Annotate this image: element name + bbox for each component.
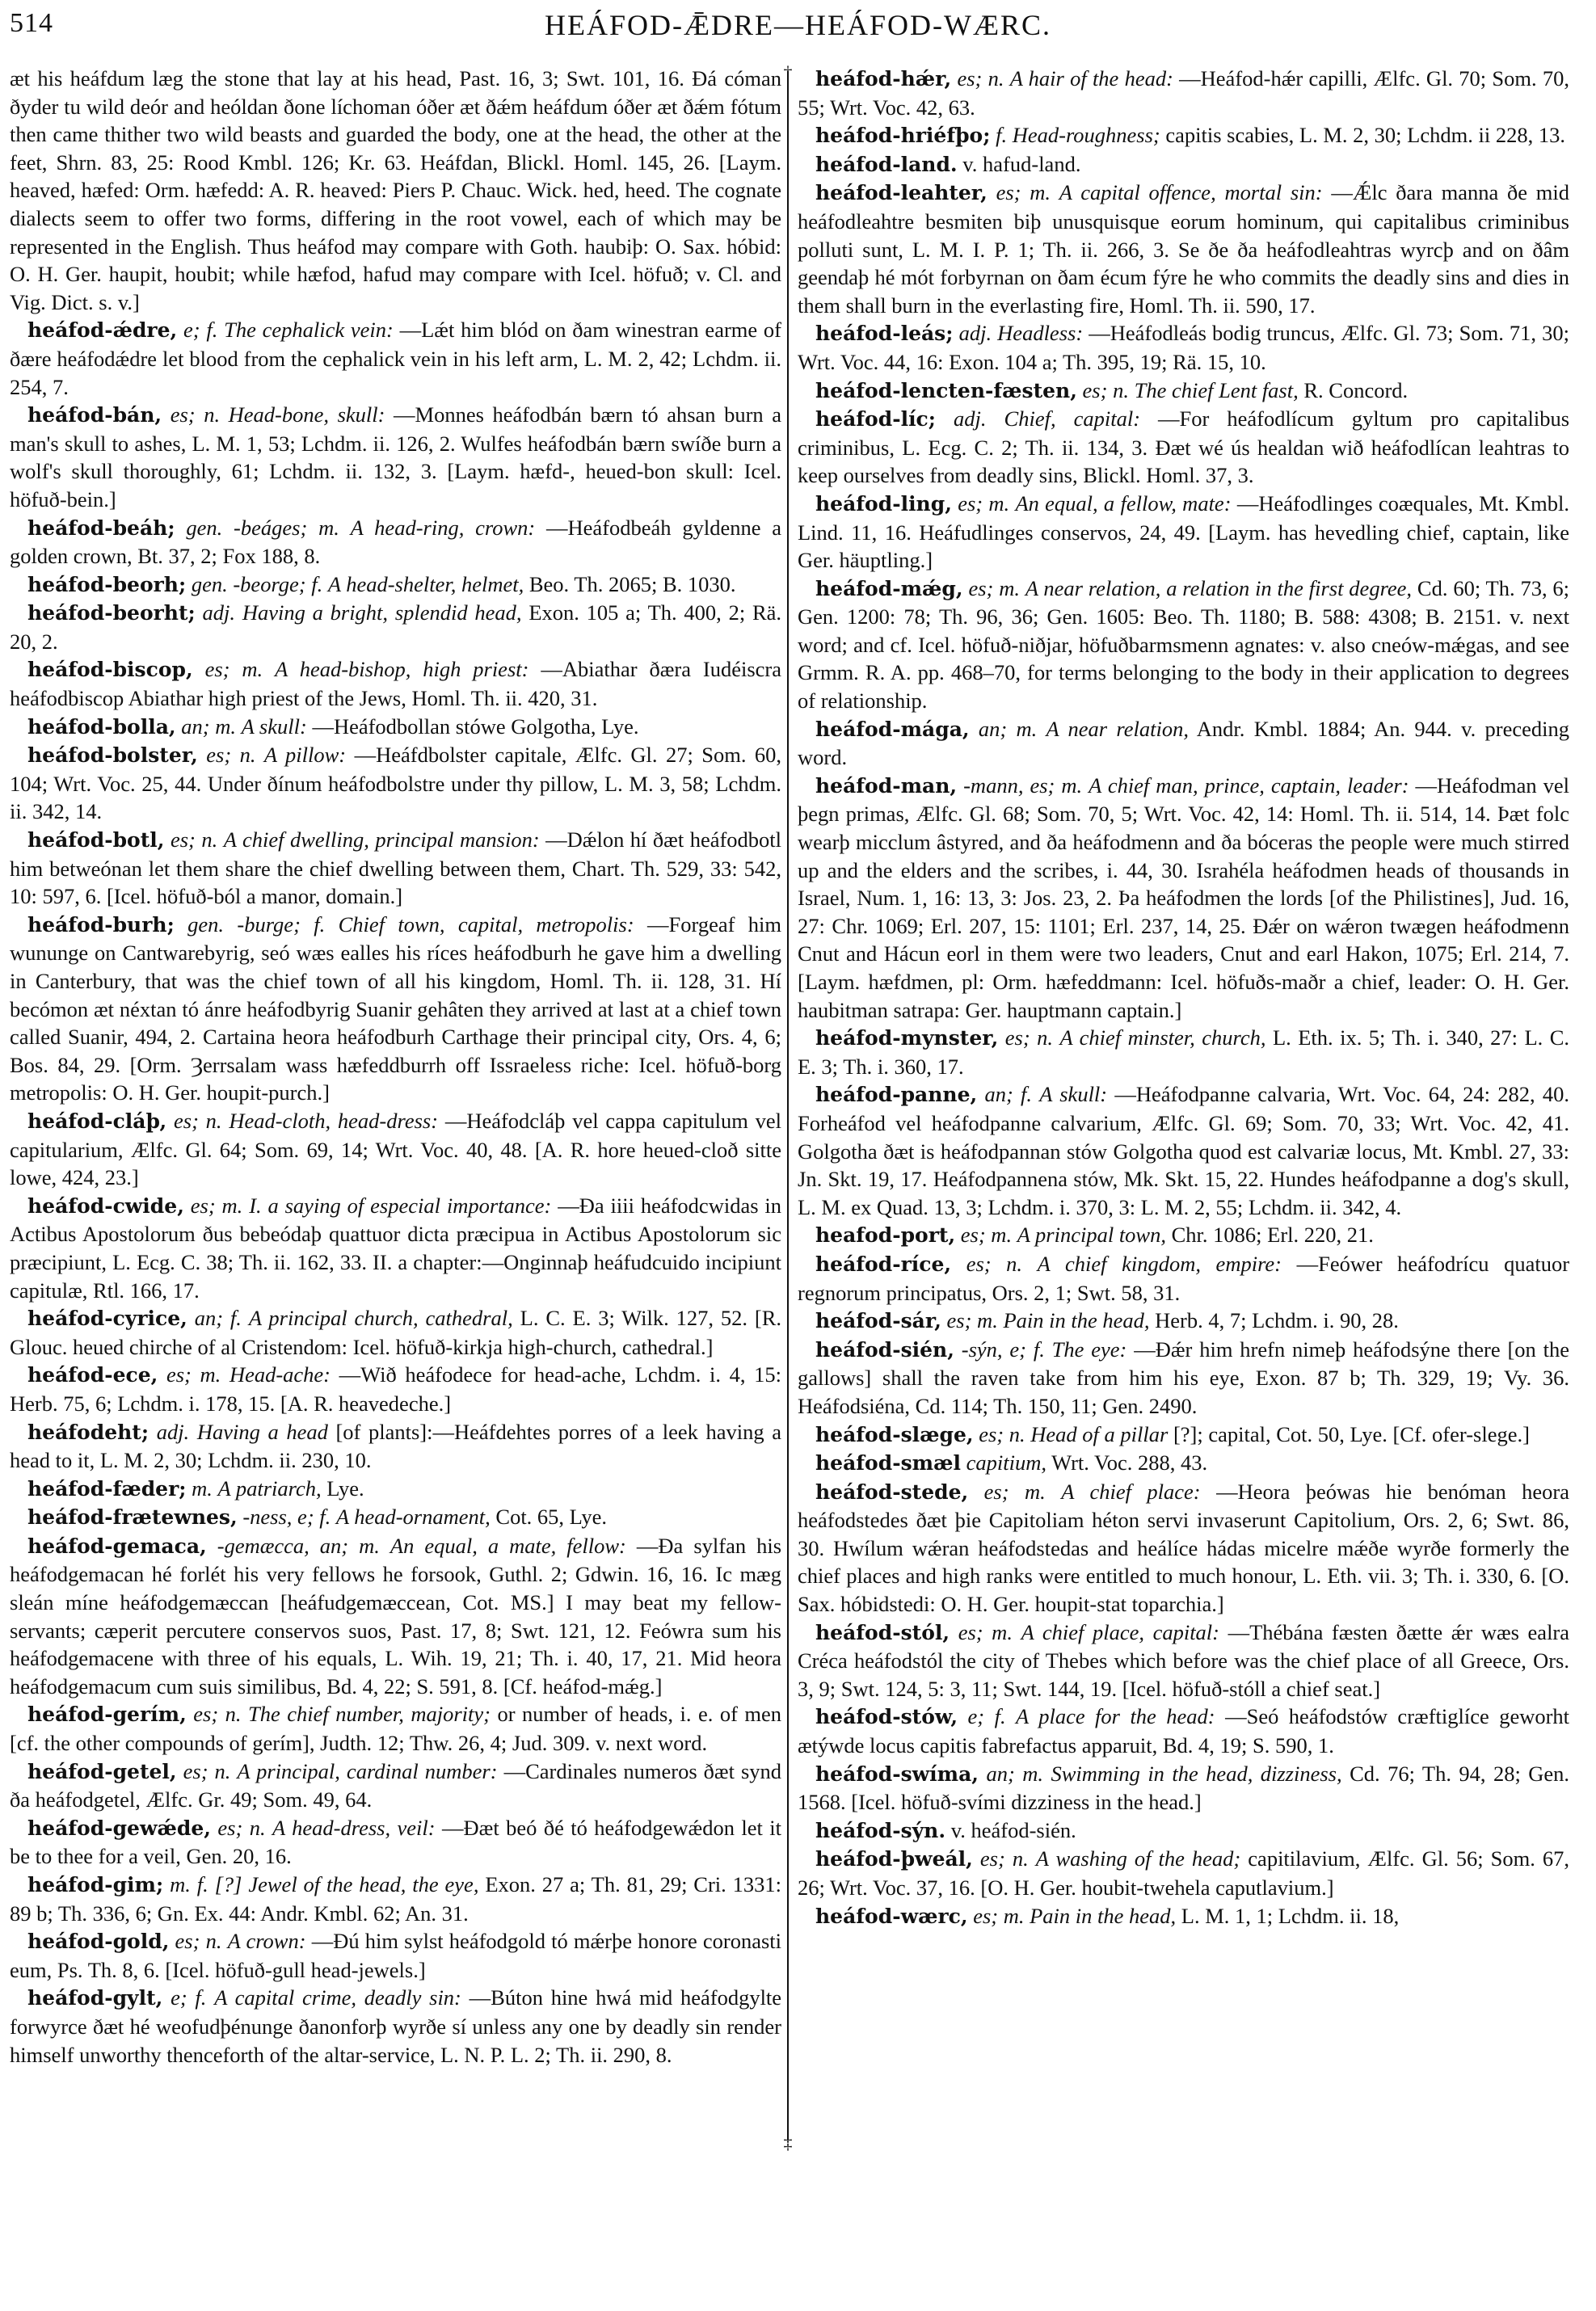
entry-definition: Head-roughness; xyxy=(1013,123,1160,147)
entry-definition: Head-bone, skull: xyxy=(229,402,385,427)
dictionary-entry: heáfod-beorh; gen. -beorge; f. A head-sh… xyxy=(10,570,781,600)
entry-definition: Chief town, capital, metropolis: xyxy=(339,912,634,937)
dictionary-entry: heáfod-cláþ, es; n. Head-cloth, head-dre… xyxy=(10,1107,781,1192)
entry-headword: heáfod-hriéfþo; xyxy=(815,124,990,147)
dictionary-entry: heáfod-slæge, es; n. Head of a pillar [?… xyxy=(798,1421,1569,1450)
entry-definition: A head-bishop, high priest: xyxy=(275,657,528,681)
entry-headword: heáfod-ling, xyxy=(815,492,952,516)
dictionary-entry: heáfod-mǽg, es; m. A near relation, a re… xyxy=(798,575,1569,715)
entry-grammar: es; n. xyxy=(193,1702,241,1726)
dictionary-entry: heáfod-cyrice, an; f. A principal church… xyxy=(10,1304,781,1361)
entry-grammar: m. f. [?] xyxy=(170,1872,242,1896)
entry-body: v. hafud-land. xyxy=(962,152,1080,176)
entry-definition: An equal, a mate, fellow: xyxy=(390,1534,626,1558)
entry-definition: A principal town, xyxy=(1017,1223,1166,1247)
entry-definition: Jewel of the head, the eye, xyxy=(248,1872,478,1896)
dictionary-entry: heáfod-bolla, an; m. A skull: —Heáfodbol… xyxy=(10,713,781,742)
entry-grammar: es; m. xyxy=(191,1193,243,1218)
entry-definition: The chief Lent fast, xyxy=(1135,378,1299,402)
entry-grammar: -mann, es; m. xyxy=(963,773,1082,798)
entry-headword: heáfod-gylt, xyxy=(27,1986,162,2010)
dictionary-entry: heáfod-beorht; adj. Having a bright, spl… xyxy=(10,599,781,655)
entry-definition: Head-cloth, head-dress: xyxy=(229,1109,438,1133)
entry-grammar: gen. -beorge; f. xyxy=(192,572,322,596)
dictionary-entry: heáfod-fæder; m. A patriarch, Lye. xyxy=(10,1475,781,1504)
entry-headword: heáfod-leahter, xyxy=(815,181,987,204)
divider-ornament-top: † xyxy=(781,63,795,82)
entry-definition: A place for the head: xyxy=(1016,1704,1215,1728)
dictionary-entry: heáfod-sár, es; m. Pain in the head, Her… xyxy=(798,1307,1569,1336)
dictionary-entry: heáfod-wærc, es; m. Pain in the head, L.… xyxy=(798,1902,1569,1931)
entry-headword: heáfod-frætewnes, xyxy=(27,1505,238,1529)
entry-headword: heáfod-mynster, xyxy=(815,1026,998,1050)
dictionary-entry: heáfod-stów, e; f. A place for the head:… xyxy=(798,1703,1569,1759)
entry-definition: An equal, a fellow, mate: xyxy=(1015,491,1231,516)
dictionary-entry: heáfod-sýn. v. heáfod-sién. xyxy=(798,1816,1569,1846)
entry-grammar: an; m. xyxy=(986,1762,1043,1786)
dictionary-entry: heáfod-gemaca, -gemæcca, an; m. An equal… xyxy=(10,1532,781,1701)
entry-headword: heáfod-fæder; xyxy=(27,1477,186,1501)
entry-headword: heáfod-líc; xyxy=(815,407,936,431)
entry-body: —Forgeaf him wununge on Cantwarebyrig, s… xyxy=(10,912,781,1105)
entry-grammar: es; n. xyxy=(175,1929,222,1953)
entry-headword: heáfodeht; xyxy=(27,1421,149,1444)
entry-headword: heáfod-smæl xyxy=(815,1451,961,1475)
entry-definition: A chief minster, church, xyxy=(1059,1025,1265,1050)
entry-grammar: es; n. xyxy=(979,1422,1025,1446)
entry-headword: heáfod-biscop, xyxy=(27,658,193,681)
entry-body: Cot. 65, Lye. xyxy=(495,1505,607,1529)
dictionary-entry: heáfod-bolster, es; n. A pillow: —Heáfdb… xyxy=(10,741,781,826)
entry-headword: heáfod-gold, xyxy=(27,1930,169,1953)
entry-grammar: es; m. xyxy=(996,180,1051,204)
dictionary-entry: heáfod-sién, -sýn, e; f. The eye: —Đǽr h… xyxy=(798,1336,1569,1421)
entry-definition: A patriarch, xyxy=(218,1476,322,1501)
entry-grammar: es; n. xyxy=(171,827,217,852)
entry-grammar: es; n. xyxy=(1005,1025,1053,1050)
entry-body: Wrt. Voc. 288, 43. xyxy=(1051,1450,1207,1475)
entry-headword: heafod-port, xyxy=(815,1223,955,1247)
entry-definition: A near relation, xyxy=(1046,717,1189,741)
entry-definition: A washing of the head; xyxy=(1036,1846,1241,1871)
entry-headword: heáfod-slæge, xyxy=(815,1423,974,1446)
entry-grammar: es; n. xyxy=(171,402,220,427)
entry-body: Lye. xyxy=(326,1476,364,1501)
dictionary-entry: heáfod-gylt, e; f. A capital crime, dead… xyxy=(10,1984,781,2069)
dictionary-entry: heáfod-ece, es; m. Head-ache: —Wið heáfo… xyxy=(10,1361,781,1417)
entry-grammar: m. xyxy=(192,1476,213,1501)
dictionary-entry: heáfod-botl, es; n. A chief dwelling, pr… xyxy=(10,826,781,911)
entry-grammar: es; m. xyxy=(968,576,1020,600)
dictionary-entry: heáfod-burh; gen. -burge; f. Chief town,… xyxy=(10,911,781,1107)
entry-grammar: es; n. xyxy=(1083,378,1129,402)
entry-headword: heáfod-bolla, xyxy=(27,715,176,739)
entry-headword: heáfod-ǽdre, xyxy=(27,318,177,342)
entry-definition: Pain in the head, xyxy=(1030,1904,1176,1928)
dictionary-entry: heáfod-gerím, es; n. The chief number, m… xyxy=(10,1700,781,1757)
dictionary-entry: heáfod-frætewnes, -ness, e; f. A head-or… xyxy=(10,1503,781,1532)
entry-grammar: es; m. xyxy=(958,1620,1013,1644)
left-column: æt his heáfdum læg the stone that lay at… xyxy=(10,65,781,2069)
dictionary-entry: heáfod-ling, es; m. An equal, a fellow, … xyxy=(798,490,1569,575)
entry-headword: heáfod-panne, xyxy=(815,1083,977,1106)
entry-headword: heáfod-burh; xyxy=(27,913,175,937)
entry-definition: A head-shelter, helmet, xyxy=(328,572,524,596)
dictionary-entry: heáfod-líc; adj. Chief, capital: —For he… xyxy=(798,405,1569,490)
entry-definition: A hair of the head: xyxy=(1010,66,1173,91)
dictionary-entry: heáfod-gim; m. f. [?] Jewel of the head,… xyxy=(10,1871,781,1927)
entry-headword: heáfod-sýn. xyxy=(815,1819,945,1842)
entry-definition: Pain in the head, xyxy=(1003,1308,1149,1332)
dictionary-entry: heafod-port, es; m. A principal town, Ch… xyxy=(798,1221,1569,1250)
entry-grammar: es; m. xyxy=(984,1480,1046,1504)
dictionary-entry: heáfod-getel, es; n. A principal, cardin… xyxy=(10,1757,781,1814)
entry-headword: heáfod-ece, xyxy=(27,1363,158,1387)
entry-body: Herb. 4, 7; Lchdm. i. 90, 28. xyxy=(1155,1308,1399,1332)
entry-headword: heáfod-swíma, xyxy=(815,1762,979,1786)
dictionary-entry: heáfod-swíma, an; m. Swimming in the hea… xyxy=(798,1760,1569,1816)
entry-definition: Having a bright, splendid head, xyxy=(242,600,522,625)
dictionary-entry: heáfod-leahter, es; m. A capital offence… xyxy=(798,179,1569,319)
entry-headword: heáfod-sién, xyxy=(815,1338,954,1362)
dictionary-entry: heáfod-bán, es; n. Head-bone, skull: —Mo… xyxy=(10,401,781,513)
entry-body: L. M. 1, 1; Lchdm. ii. 18, xyxy=(1181,1904,1399,1928)
entry-definition: I. a saying of especial importance: xyxy=(249,1193,551,1218)
entry-grammar: -ness, e; f. xyxy=(242,1505,331,1529)
entry-headword: heáfod-ríce, xyxy=(815,1252,951,1276)
entry-headword: heáfod-lencten-fæsten, xyxy=(815,379,1077,402)
entry-body: Chr. 1086; Erl. 220, 21. xyxy=(1172,1223,1374,1247)
entry-definition: A principal, cardinal number: xyxy=(237,1759,497,1783)
entry-definition: A head-ring, crown: xyxy=(351,516,536,540)
entry-headword: heáfod-botl, xyxy=(27,828,164,852)
entry-body: —Đa sylfan his heáfodgemacan hé forlét h… xyxy=(10,1534,781,1699)
entry-headword: heáfod-land. xyxy=(815,153,958,176)
entry-headword: heáfod-beorht; xyxy=(27,601,196,625)
dictionary-entry: heáfod-mága, an; m. A near relation, And… xyxy=(798,715,1569,772)
entry-grammar: es; m. xyxy=(205,657,263,681)
dictionary-entry: heáfod-biscop, es; m. A head-bishop, hig… xyxy=(10,655,781,712)
entry-grammar: es; n. xyxy=(183,1759,231,1783)
entry-grammar: es; n. xyxy=(980,1846,1029,1871)
entry-headword: heáfod-beáh; xyxy=(27,516,175,540)
entry-grammar: adj. xyxy=(203,600,236,625)
dictionary-entry: heáfod-smæl capitium, Wrt. Voc. 288, 43. xyxy=(798,1449,1569,1478)
entry-definition: A near relation, a relation in the first… xyxy=(1025,576,1412,600)
entry-grammar: an; m. xyxy=(979,717,1037,741)
entry-definition: A capital offence, mortal sin: xyxy=(1059,180,1323,204)
entry-definition: A chief man, prince, captain, leader: xyxy=(1089,773,1409,798)
entry-grammar: -gemæcca, an; m. xyxy=(217,1534,380,1558)
dictionary-entry: heáfod-stól, es; m. A chief place, capit… xyxy=(798,1619,1569,1703)
entry-definition: A chief place, capital: xyxy=(1021,1620,1219,1644)
entry-grammar: es; n. xyxy=(206,743,255,767)
entry-headword: heáfod-bán, xyxy=(27,403,162,427)
entry-definition: Swimming in the head, dizziness, xyxy=(1051,1762,1341,1786)
entry-headword: heáfod-sár, xyxy=(815,1309,941,1332)
dictionary-entry: heáfodeht; adj. Having a head [of plants… xyxy=(10,1418,781,1475)
entry-body: —Heáfodman vel þegn primas, Ælfc. Gl. 68… xyxy=(798,773,1569,1022)
column-divider xyxy=(787,71,789,2140)
entry-definition: A head-ornament, xyxy=(336,1505,491,1529)
entry-grammar: es; m. xyxy=(947,1308,998,1332)
entry-headword: heáfod-gerím, xyxy=(27,1703,187,1726)
entry-definition: Headless: xyxy=(997,321,1083,345)
entry-grammar: -sýn, e; f. xyxy=(962,1337,1045,1362)
dictionary-entry: heáfod-hriéfþo; f. Head-roughness; capit… xyxy=(798,121,1569,150)
entry-definition: The cephalick vein: xyxy=(224,318,394,342)
entry-grammar: gen. -burge; f. xyxy=(187,912,325,937)
entry-grammar: e; f. xyxy=(968,1704,1006,1728)
entry-grammar: es; n. xyxy=(174,1109,222,1133)
entry-definition: A principal church, cathedral, xyxy=(249,1306,513,1330)
entry-headword: heáfod-mága, xyxy=(815,718,970,741)
entry-body: R. Concord. xyxy=(1303,378,1408,402)
entry-grammar: es; m. xyxy=(166,1362,221,1387)
entry-body: capitis scabies, L. M. 2, 30; Lchdm. ii … xyxy=(1165,123,1565,147)
entry-definition: A chief kingdom, empire: xyxy=(1038,1252,1282,1276)
dictionary-entry: heáfod-þweál, es; n. A washing of the he… xyxy=(798,1845,1569,1901)
entry-grammar: es; n. xyxy=(966,1252,1022,1276)
entry-headword: heáfod-stów, xyxy=(815,1705,958,1728)
divider-ornament-bottom: ‡ xyxy=(781,2133,795,2153)
entry-definition: A chief place: xyxy=(1061,1480,1200,1504)
page-header: 514 HEÁFOD-ǢDRE—HEÁFOD-WÆRC. xyxy=(0,0,1596,65)
entry-grammar: es; m. xyxy=(961,1223,1012,1247)
dictionary-entry: heáfod-hǽr, es; n. A hair of the head: —… xyxy=(798,65,1569,121)
dictionary-entry: heáfod-ríce, es; n. A chief kingdom, emp… xyxy=(798,1250,1569,1307)
entry-grammar: e; f. xyxy=(171,1985,206,2010)
entry-headword: heáfod-leás; xyxy=(815,322,953,345)
entry-grammar: adj. xyxy=(954,406,987,431)
dictionary-entry: heáfod-gewǽde, es; n. A head-dress, veil… xyxy=(10,1814,781,1871)
entry-grammar: adj. xyxy=(157,1420,190,1444)
entry-body: —Heáfodbollan stówe Golgotha, Lye. xyxy=(312,714,638,739)
entry-headword: heáfod-hǽr, xyxy=(815,67,951,91)
entry-headword: heáfod-stól, xyxy=(815,1621,950,1644)
entry-headword: heáfod-mǽg, xyxy=(815,577,963,600)
entry-grammar: es; n. xyxy=(217,1816,265,1840)
entry-definition: A capital crime, deadly sin: xyxy=(214,1985,461,2010)
entry-definition: A crown: xyxy=(228,1929,306,1953)
running-head: HEÁFOD-ǢDRE—HEÁFOD-WÆRC. xyxy=(0,8,1596,42)
entry-grammar: es; n. xyxy=(957,66,1004,91)
dictionary-entry: heáfod-lencten-fæsten, es; n. The chief … xyxy=(798,377,1569,406)
dictionary-entry: heáfod-stede, es; m. A chief place: —Heo… xyxy=(798,1478,1569,1619)
dictionary-entry: heáfod-land. v. hafud-land. xyxy=(798,150,1569,179)
entry-grammar: e; f. xyxy=(183,318,217,342)
entry-definition: A skull: xyxy=(1039,1082,1107,1106)
entry-body: æt his heáfdum læg the stone that lay at… xyxy=(10,66,781,314)
entry-definition: A chief dwelling, principal mansion: xyxy=(224,827,540,852)
entry-headword: heáfod-bolster, xyxy=(27,743,198,767)
entry-grammar: gen. -beáges; m. xyxy=(186,516,339,540)
dictionary-entry: æt his heáfdum læg the stone that lay at… xyxy=(10,65,781,316)
entry-definition: Chief, capital: xyxy=(1004,406,1140,431)
entry-headword: heáfod-gewǽde, xyxy=(27,1816,211,1840)
entry-headword: heáfod-stede, xyxy=(815,1480,968,1504)
entry-headword: heáfod-gim; xyxy=(27,1873,163,1896)
entry-grammar: f. xyxy=(996,123,1007,147)
entry-definition: Head-ache: xyxy=(230,1362,331,1387)
entry-headword: heáfod-getel, xyxy=(27,1760,177,1783)
dictionary-entry: heáfod-leás; adj. Headless: —Heáfodleás … xyxy=(798,319,1569,376)
dictionary-entry: heáfod-panne, an; f. A skull: —Heáfodpan… xyxy=(798,1080,1569,1221)
entry-definition: capitium, xyxy=(966,1450,1046,1475)
entry-headword: heáfod-gemaca, xyxy=(27,1534,207,1558)
dictionary-entry: heáfod-cwide, es; m. I. a saying of espe… xyxy=(10,1192,781,1304)
entry-body: Beo. Th. 2065; B. 1030. xyxy=(529,572,736,596)
dictionary-entry: heáfod-beáh; gen. -beáges; m. A head-rin… xyxy=(10,514,781,570)
entry-headword: heáfod-man, xyxy=(815,774,957,798)
entry-definition: Head of a pillar xyxy=(1030,1422,1168,1446)
entry-headword: heáfod-beorh; xyxy=(27,573,186,596)
entry-definition: The chief number, majority; xyxy=(248,1702,491,1726)
dictionary-entry: heáfod-gold, es; n. A crown: —Đú him syl… xyxy=(10,1927,781,1984)
dictionary-entry: heáfod-mynster, es; n. A chief minster, … xyxy=(798,1024,1569,1080)
entry-grammar: es; m. xyxy=(958,491,1009,516)
entry-definition: A skull: xyxy=(242,714,307,739)
entry-headword: heáfod-wærc, xyxy=(815,1905,968,1928)
entry-headword: heáfod-cwide, xyxy=(27,1194,184,1218)
entry-grammar: an; m. xyxy=(181,714,236,739)
entry-definition: A pillow: xyxy=(264,743,346,767)
entry-definition: The eye: xyxy=(1052,1337,1127,1362)
entry-grammar: an; f. xyxy=(984,1082,1032,1106)
entry-grammar: es; m. xyxy=(973,1904,1024,1928)
entry-definition: A head-dress, veil: xyxy=(272,1816,436,1840)
entry-grammar: adj. xyxy=(959,321,992,345)
dictionary-entry: heáfod-ǽdre, e; f. The cephalick vein: —… xyxy=(10,316,781,401)
dictionary-entry: heáfod-man, -mann, es; m. A chief man, p… xyxy=(798,772,1569,1024)
entry-grammar: an; f. xyxy=(195,1306,242,1330)
entry-definition: Having a head xyxy=(197,1420,328,1444)
entry-body: v. heáfod-sién. xyxy=(951,1818,1076,1842)
entry-body: [?]; capital, Cot. 50, Lye. [Cf. ofer-sl… xyxy=(1173,1422,1530,1446)
entry-headword: heáfod-cláþ, xyxy=(27,1109,166,1133)
right-column: heáfod-hǽr, es; n. A hair of the head: —… xyxy=(798,65,1569,1930)
entry-headword: heáfod-þweál, xyxy=(815,1847,973,1871)
entry-headword: heáfod-cyrice, xyxy=(27,1307,187,1330)
